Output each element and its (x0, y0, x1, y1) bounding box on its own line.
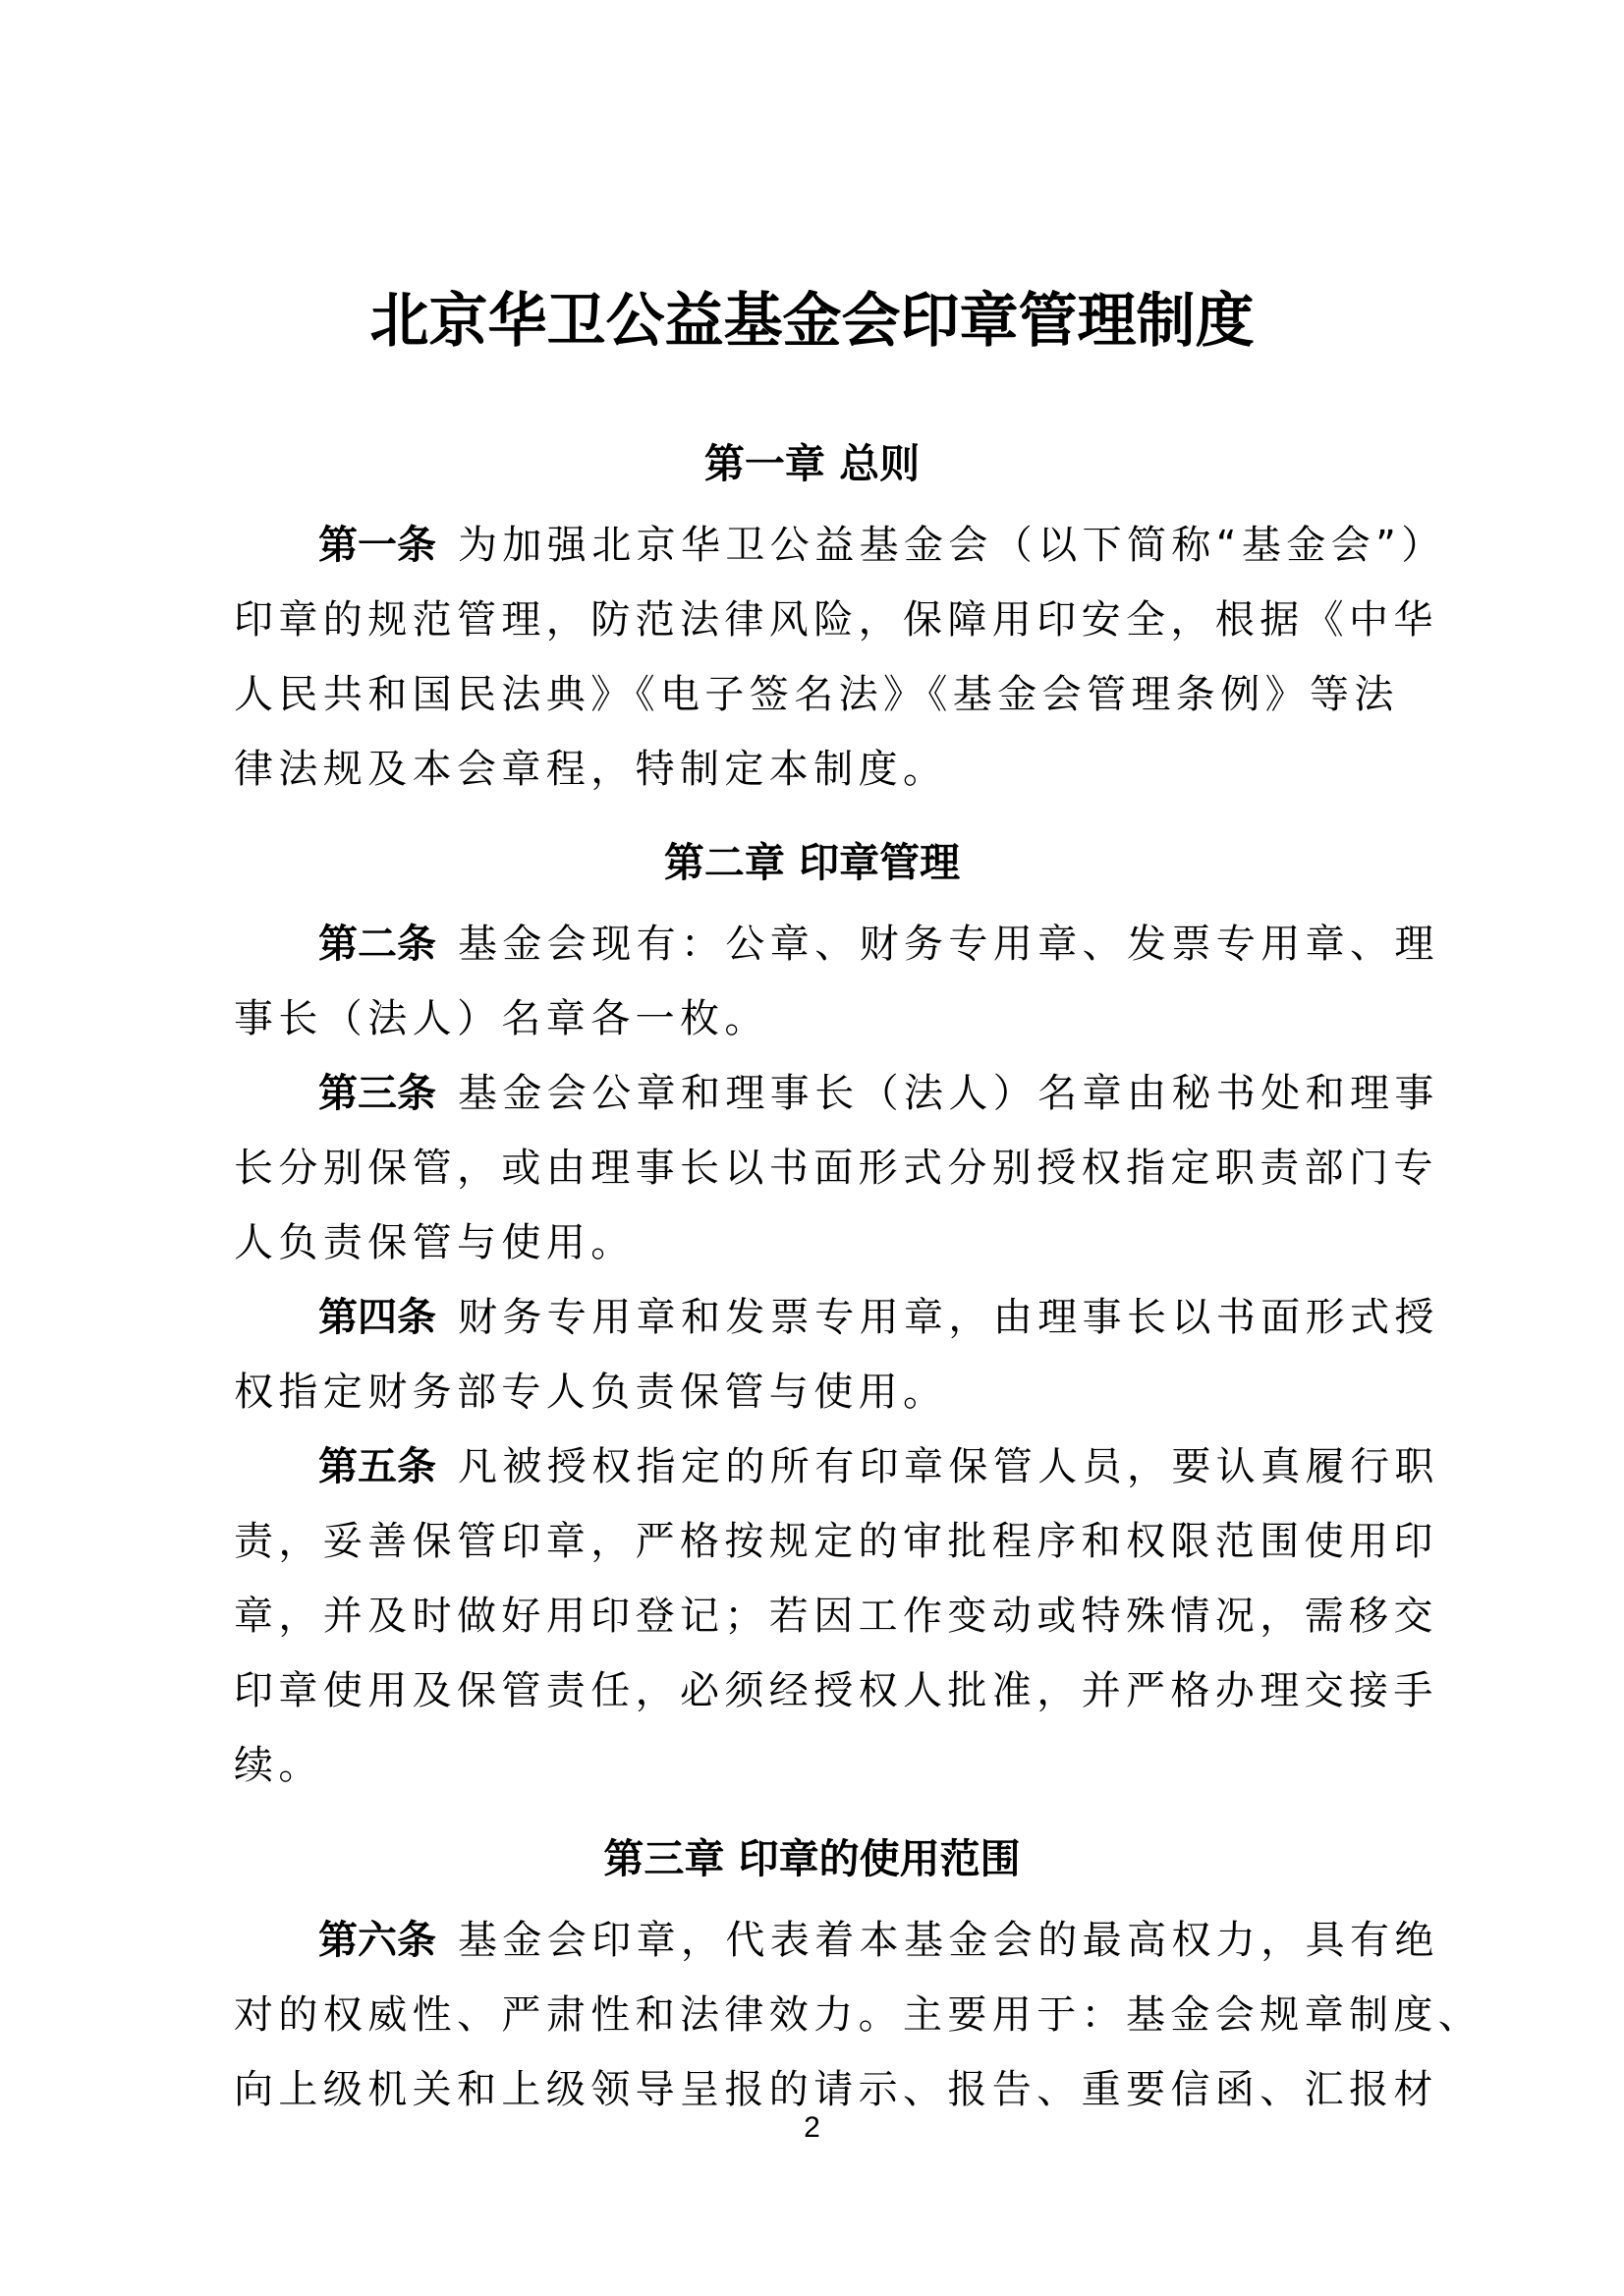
article-5-line-5: 续。 (234, 1738, 323, 1793)
article-number: 第一条 (318, 523, 436, 568)
article-1-line-3: 人民共和国民法典》《电子签名法》《基金会管理条例》等法 (234, 667, 1399, 722)
article-number: 第四条 (318, 1295, 436, 1340)
article-5-line-4: 印章使用及保管责任，必须经授权人批准，并严格办理交接手 (234, 1663, 1438, 1718)
article-number: 第三条 (318, 1071, 436, 1116)
document-title: 北京华卫公益基金会印章管理制度 (0, 285, 1624, 358)
chapter-heading-3: 第三章 印章的使用范围 (0, 1831, 1624, 1886)
article-5-line-2: 责，妥善保管印章，严格按规定的审批程序和权限范围使用印 (234, 1514, 1438, 1569)
article-1-line-4: 律法规及本会章程，特制定本制度。 (234, 742, 947, 797)
article-number: 第五条 (318, 1444, 436, 1489)
article-text: 财务专用章和发票专用章，由理事长以书面形式授 (458, 1295, 1439, 1340)
article-2-line-2: 事长（法人）名章各一枚。 (234, 991, 769, 1046)
article-1-line-2: 印章的规范管理，防范法律风险，保障用印安全，根据《中华 (234, 592, 1438, 647)
page-number: 2 (0, 2110, 1624, 2146)
article-5-line-1: 第五条凡被授权指定的所有印章保管人员，要认真履行职 (318, 1439, 1439, 1494)
article-4-line-2: 权指定财务部专人负责保管与使用。 (234, 1365, 947, 1420)
article-number: 第六条 (318, 1918, 436, 1963)
document-page: 北京华卫公益基金会印章管理制度 第一章 总则 第一条为加强北京华卫公益基金会（以… (0, 0, 1624, 2296)
article-1-line-1: 第一条为加强北京华卫公益基金会（以下简称“基金会”） (318, 518, 1446, 573)
article-3-line-1: 第三条基金会公章和理事长（法人）名章由秘书处和理事 (318, 1066, 1439, 1121)
article-text: 基金会现有：公章、财务专用章、发票专用章、理 (458, 922, 1439, 967)
article-6-line-2: 对的权威性、严肃性和法律效力。主要用于：基金会规章制度、 (234, 1988, 1483, 2043)
article-text: 凡被授权指定的所有印章保管人员，要认真履行职 (458, 1444, 1439, 1489)
article-3-line-2: 长分别保管，或由理事长以书面形式分别授权指定职责部门专 (234, 1141, 1438, 1196)
article-text: 基金会印章，代表着本基金会的最高权力，具有绝 (458, 1918, 1439, 1963)
article-text: 基金会公章和理事长（法人）名章由秘书处和理事 (458, 1071, 1439, 1116)
article-2-line-1: 第二条基金会现有：公章、财务专用章、发票专用章、理 (318, 917, 1439, 972)
chapter-heading-2: 第二章 印章管理 (0, 835, 1624, 890)
article-5-line-3: 章，并及时做好用印登记；若因工作变动或特殊情况，需移交 (234, 1589, 1438, 1644)
article-6-line-1: 第六条基金会印章，代表着本基金会的最高权力，具有绝 (318, 1913, 1439, 1968)
article-3-line-3: 人负责保管与使用。 (234, 1215, 636, 1270)
article-number: 第二条 (318, 922, 436, 967)
chapter-heading-1: 第一章 总则 (0, 436, 1624, 491)
article-text: 为加强北京华卫公益基金会（以下简称“基金会”） (458, 523, 1446, 568)
article-4-line-1: 第四条财务专用章和发票专用章，由理事长以书面形式授 (318, 1290, 1439, 1345)
article-6-line-3: 向上级机关和上级领导呈报的请示、报告、重要信函、汇报材 (234, 2062, 1438, 2117)
